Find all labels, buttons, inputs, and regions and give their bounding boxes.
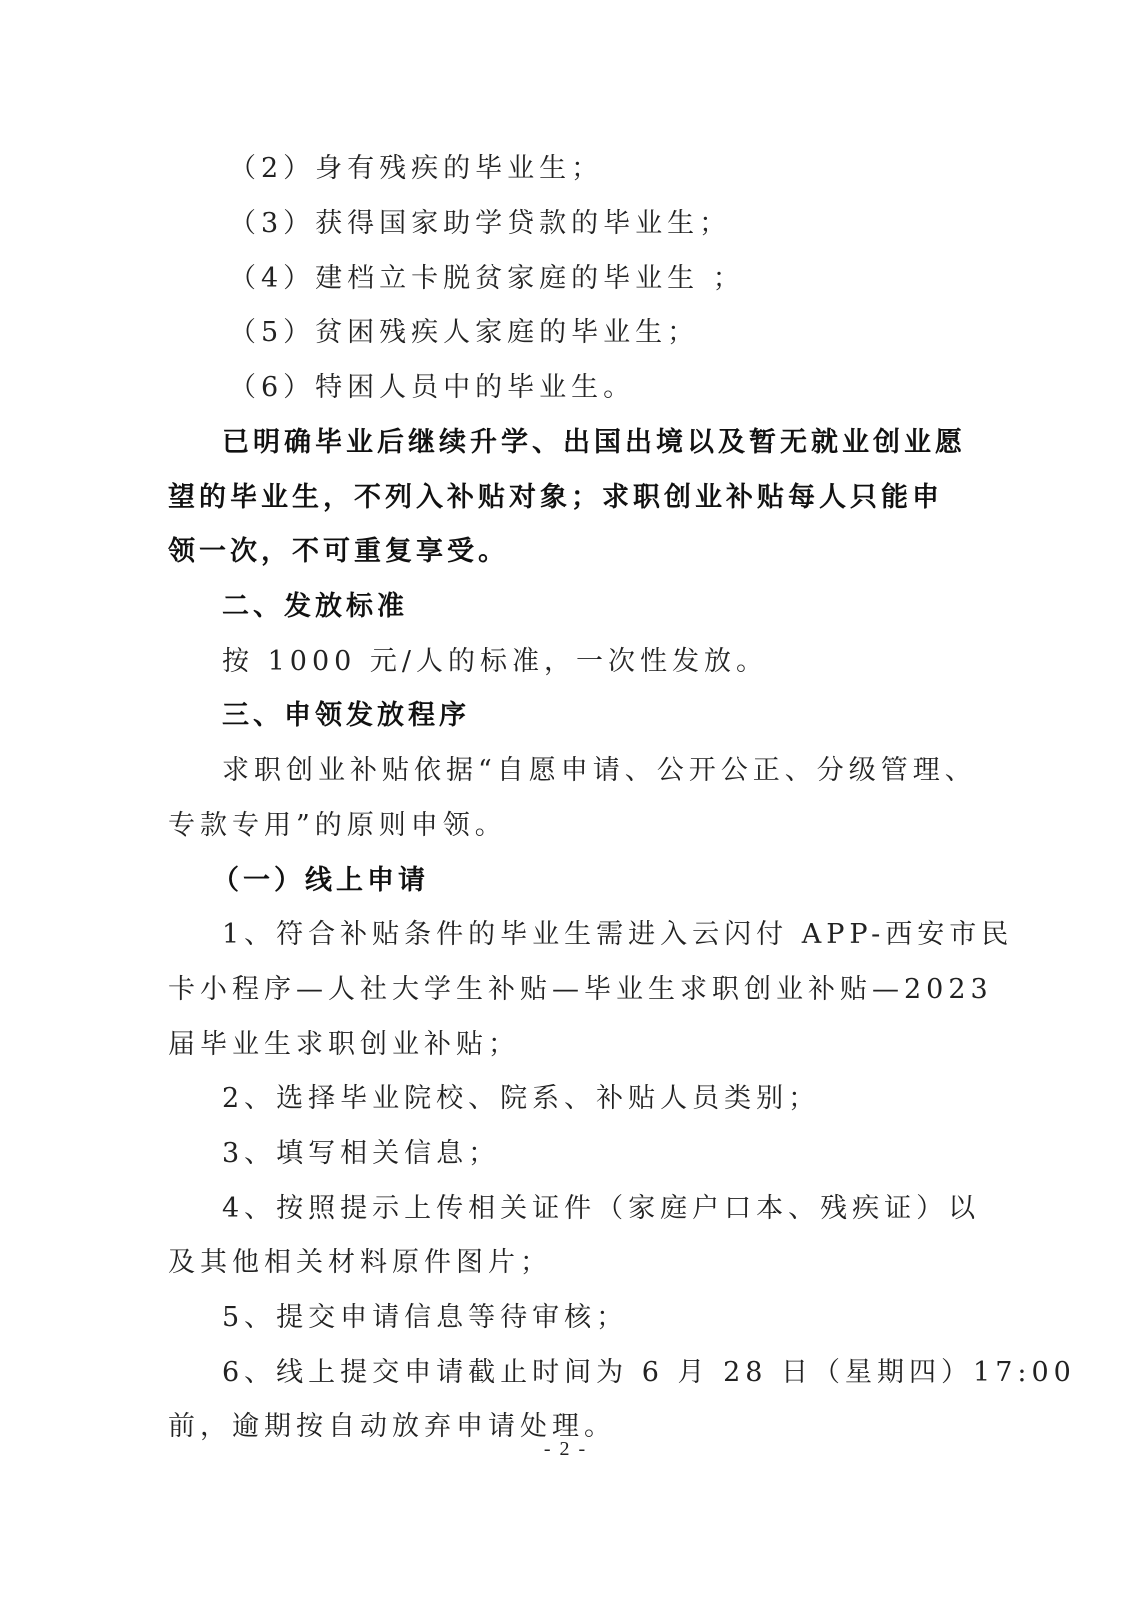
exclusion-note-line: 领一次，不可重复享受。 [168,535,509,569]
section-heading: 三、申领发放程序 [222,699,470,733]
list-item: （2）身有残疾的毕业生； [229,152,603,186]
step-line: 3、填写相关信息； [222,1137,500,1171]
paragraph: 专款专用”的原则申领。 [168,809,507,843]
list-item: （3）获得国家助学贷款的毕业生； [229,207,731,241]
list-item: （5）贫困残疾人家庭的毕业生； [229,316,699,350]
step-line: 及其他相关材料原件图片； [168,1246,552,1280]
paragraph: 求职创业补贴依据“自愿申请、公开公正、分级管理、 [222,754,977,788]
exclusion-note-line: 已明确毕业后继续升学、出国出境以及暂无就业创业愿 [222,426,966,460]
step-line: 1、符合补贴条件的毕业生需进入云闪付 APP-西安市民 [222,918,1013,952]
step-line: 4、按照提示上传相关证件（家庭户口本、残疾证）以 [222,1192,980,1226]
exclusion-note-line: 望的毕业生，不列入补贴对象；求职创业补贴每人只能申 [168,481,943,515]
paragraph: 按 1000 元/人的标准，一次性发放。 [222,645,768,679]
section-heading: 二、发放标准 [222,590,408,624]
step-line: 届毕业生求职创业补贴； [168,1028,520,1062]
step-line: 5、提交申请信息等待审核； [222,1301,628,1335]
list-item: （4）建档立卡脱贫家庭的毕业生 ； [229,262,745,296]
step-line: 卡小程序—人社大学生补贴—毕业生求职创业补贴—2023 [168,973,993,1007]
step-line: 2、选择毕业院校、院系、补贴人员类别； [222,1082,820,1116]
subsection-heading: （一）线上申请 [212,864,429,898]
step-line: 6、线上提交申请截止时间为 6 月 28 日（星期四）17:00 [222,1356,1076,1390]
document-page: （2）身有残疾的毕业生； （3）获得国家助学贷款的毕业生； （4）建档立卡脱贫家… [0,0,1131,1600]
page-number: - 2 - [0,1438,1131,1461]
list-item: （6）特困人员中的毕业生。 [229,371,635,405]
